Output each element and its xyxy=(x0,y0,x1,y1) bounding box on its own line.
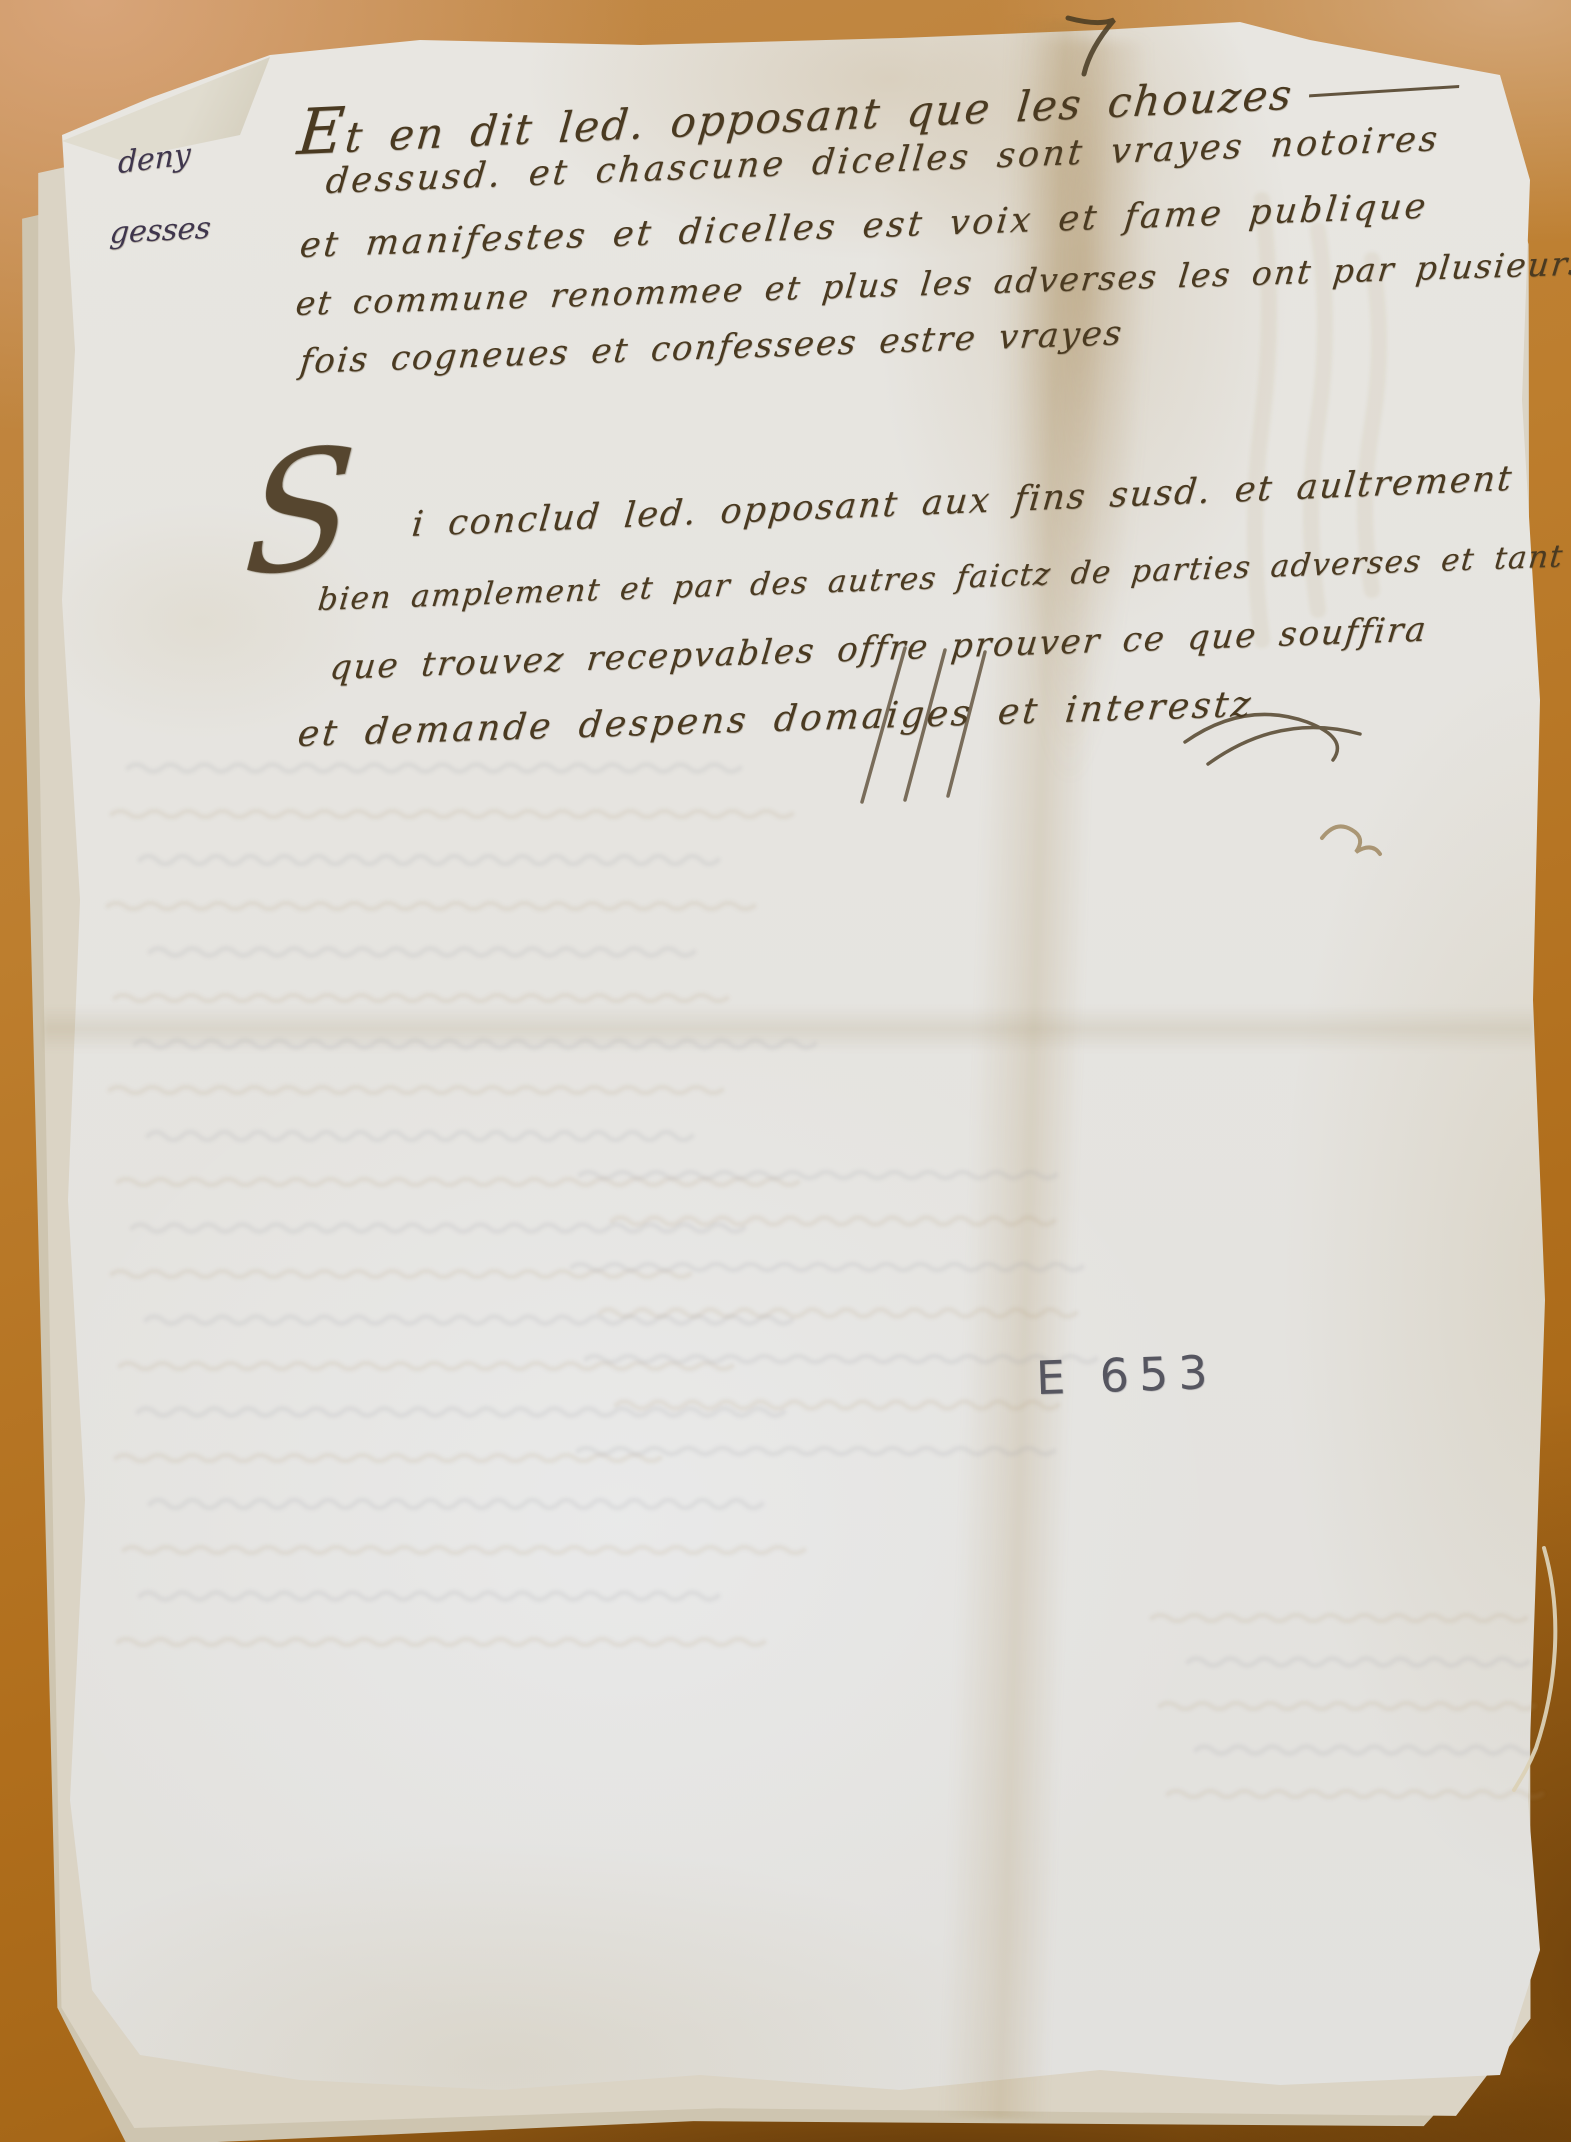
archival-shelfmark-pencil: E 653 xyxy=(1035,1345,1218,1405)
paragraph-initial-flourish: S xyxy=(240,423,360,601)
fold-crease-horizontal xyxy=(44,1006,1534,1052)
manuscript-photo: deny gesses Et en dit led. opposant que … xyxy=(0,0,1571,2142)
margin-annotation-line2: gesses xyxy=(108,211,212,251)
